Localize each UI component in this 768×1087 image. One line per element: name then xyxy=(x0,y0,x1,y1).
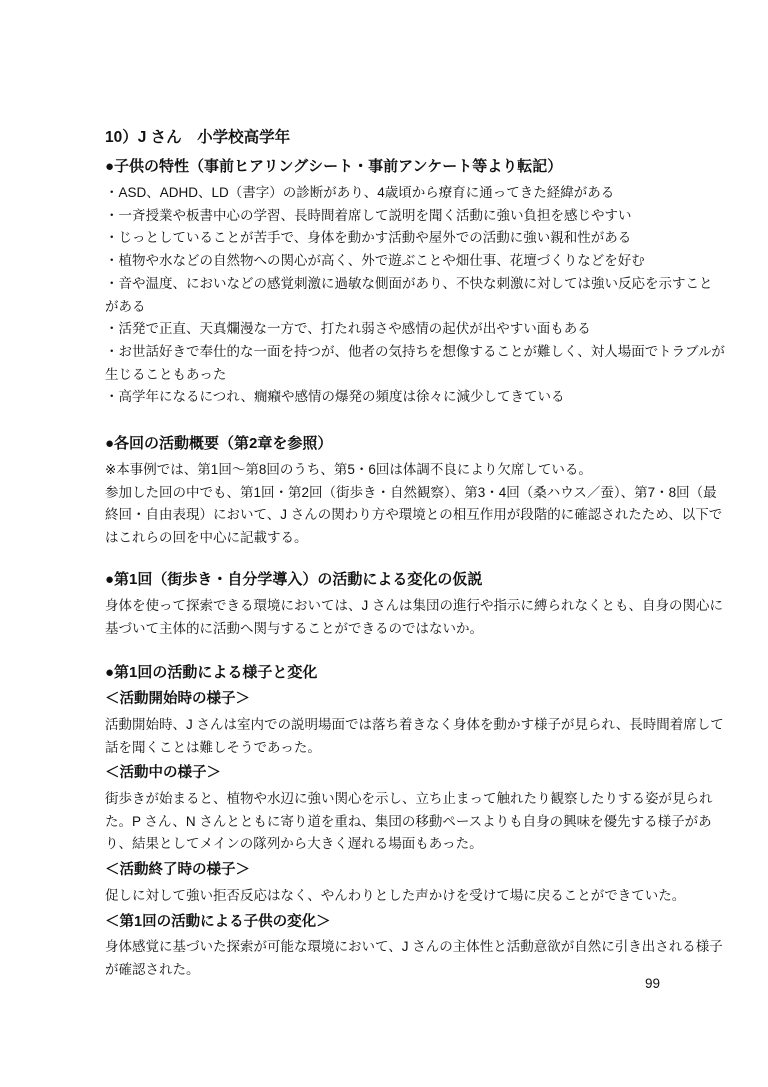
bullet-item: ・一斉授業や板書中心の学習、長時間着席して説明を聞く活動に強い負担を感じやすい xyxy=(105,205,725,228)
doc-title: 10）J さん 小学校高学年 xyxy=(105,126,725,150)
page-number: 99 xyxy=(645,976,660,992)
paragraph: 参加した回の中でも、第1回・第2回（街歩き・自然観察）、第3・4回（桑ハウス／蚕… xyxy=(105,482,725,550)
bullet-item: ・高学年になるにつれ、癇癪や感情の爆発の頻度は徐々に減少してきている xyxy=(105,386,725,409)
subsection-body: 活動開始時、J さんは室内での説明場面では落ち着きなく身体を動かす様子が見られ、… xyxy=(105,714,725,759)
subsection-heading-activity-start: ＜活動開始時の様子＞ xyxy=(105,688,725,711)
bullet-item: ・ASD、ADHD、LD（書字）の診断があり、4歳頃から療育に通ってきた経緯があ… xyxy=(105,182,725,205)
bullet-item: ・じっとしていることが苦手で、身体を動かす活動や屋外での活動に強い親和性がある xyxy=(105,227,725,250)
subsection-heading-during-activity: ＜活動中の様子＞ xyxy=(105,762,725,785)
bullet-item: ・音や温度、においなどの感覚刺激に過敏な側面があり、不快な刺激に対しては強い反応… xyxy=(105,273,725,318)
section-heading-child-traits: ●子供の特性（事前ヒアリングシート・事前アンケート等より転記） xyxy=(105,156,725,178)
paragraph: ※本事例では、第1回～第8回のうち、第5・6回は体調不良により欠席している。 xyxy=(105,459,725,482)
document-content: 10）J さん 小学校高学年 ●子供の特性（事前ヒアリングシート・事前アンケート… xyxy=(0,0,768,982)
subsection-body: 街歩きが始まると、植物や水辺に強い関心を示し、立ち止まって触れたり観察したりする… xyxy=(105,788,725,856)
bullet-item: ・お世話好きで奉仕的な一面を持つが、他者の気持ちを想像することが難しく、対人場面… xyxy=(105,341,725,386)
bullet-item: ・植物や水などの自然物への関心が高く、外で遊ぶことや畑仕事、花壇づくりなどを好む xyxy=(105,250,725,273)
subsection-body: 身体感覚に基づいた探索が可能な環境において、J さんの主体性と活動意欲が自然に引… xyxy=(105,936,725,981)
section-heading-activity-overview: ●各回の活動概要（第2章を参照） xyxy=(105,433,725,455)
paragraph: 身体を使って探索できる環境においては、J さんは集団の進行や指示に縛られなくとも… xyxy=(105,595,725,640)
subsection-heading-activity-end: ＜活動終了時の様子＞ xyxy=(105,859,725,882)
subsection-heading-child-change: ＜第1回の活動による子供の変化＞ xyxy=(105,911,725,934)
section-heading-session1-observations: ●第1回の活動による様子と変化 xyxy=(105,662,725,684)
section-heading-session1-hypothesis: ●第1回（街歩き・自分学導入）の活動による変化の仮説 xyxy=(105,569,725,591)
bullet-item: ・活発で正直、天真爛漫な一方で、打たれ弱さや感情の起伏が出やすい面もある xyxy=(105,318,725,341)
subsection-body: 促しに対して強い拒否反応はなく、やんわりとした声かけを受けて場に戻ることができて… xyxy=(105,885,725,908)
document-page: 10）J さん 小学校高学年 ●子供の特性（事前ヒアリングシート・事前アンケート… xyxy=(0,0,768,1087)
